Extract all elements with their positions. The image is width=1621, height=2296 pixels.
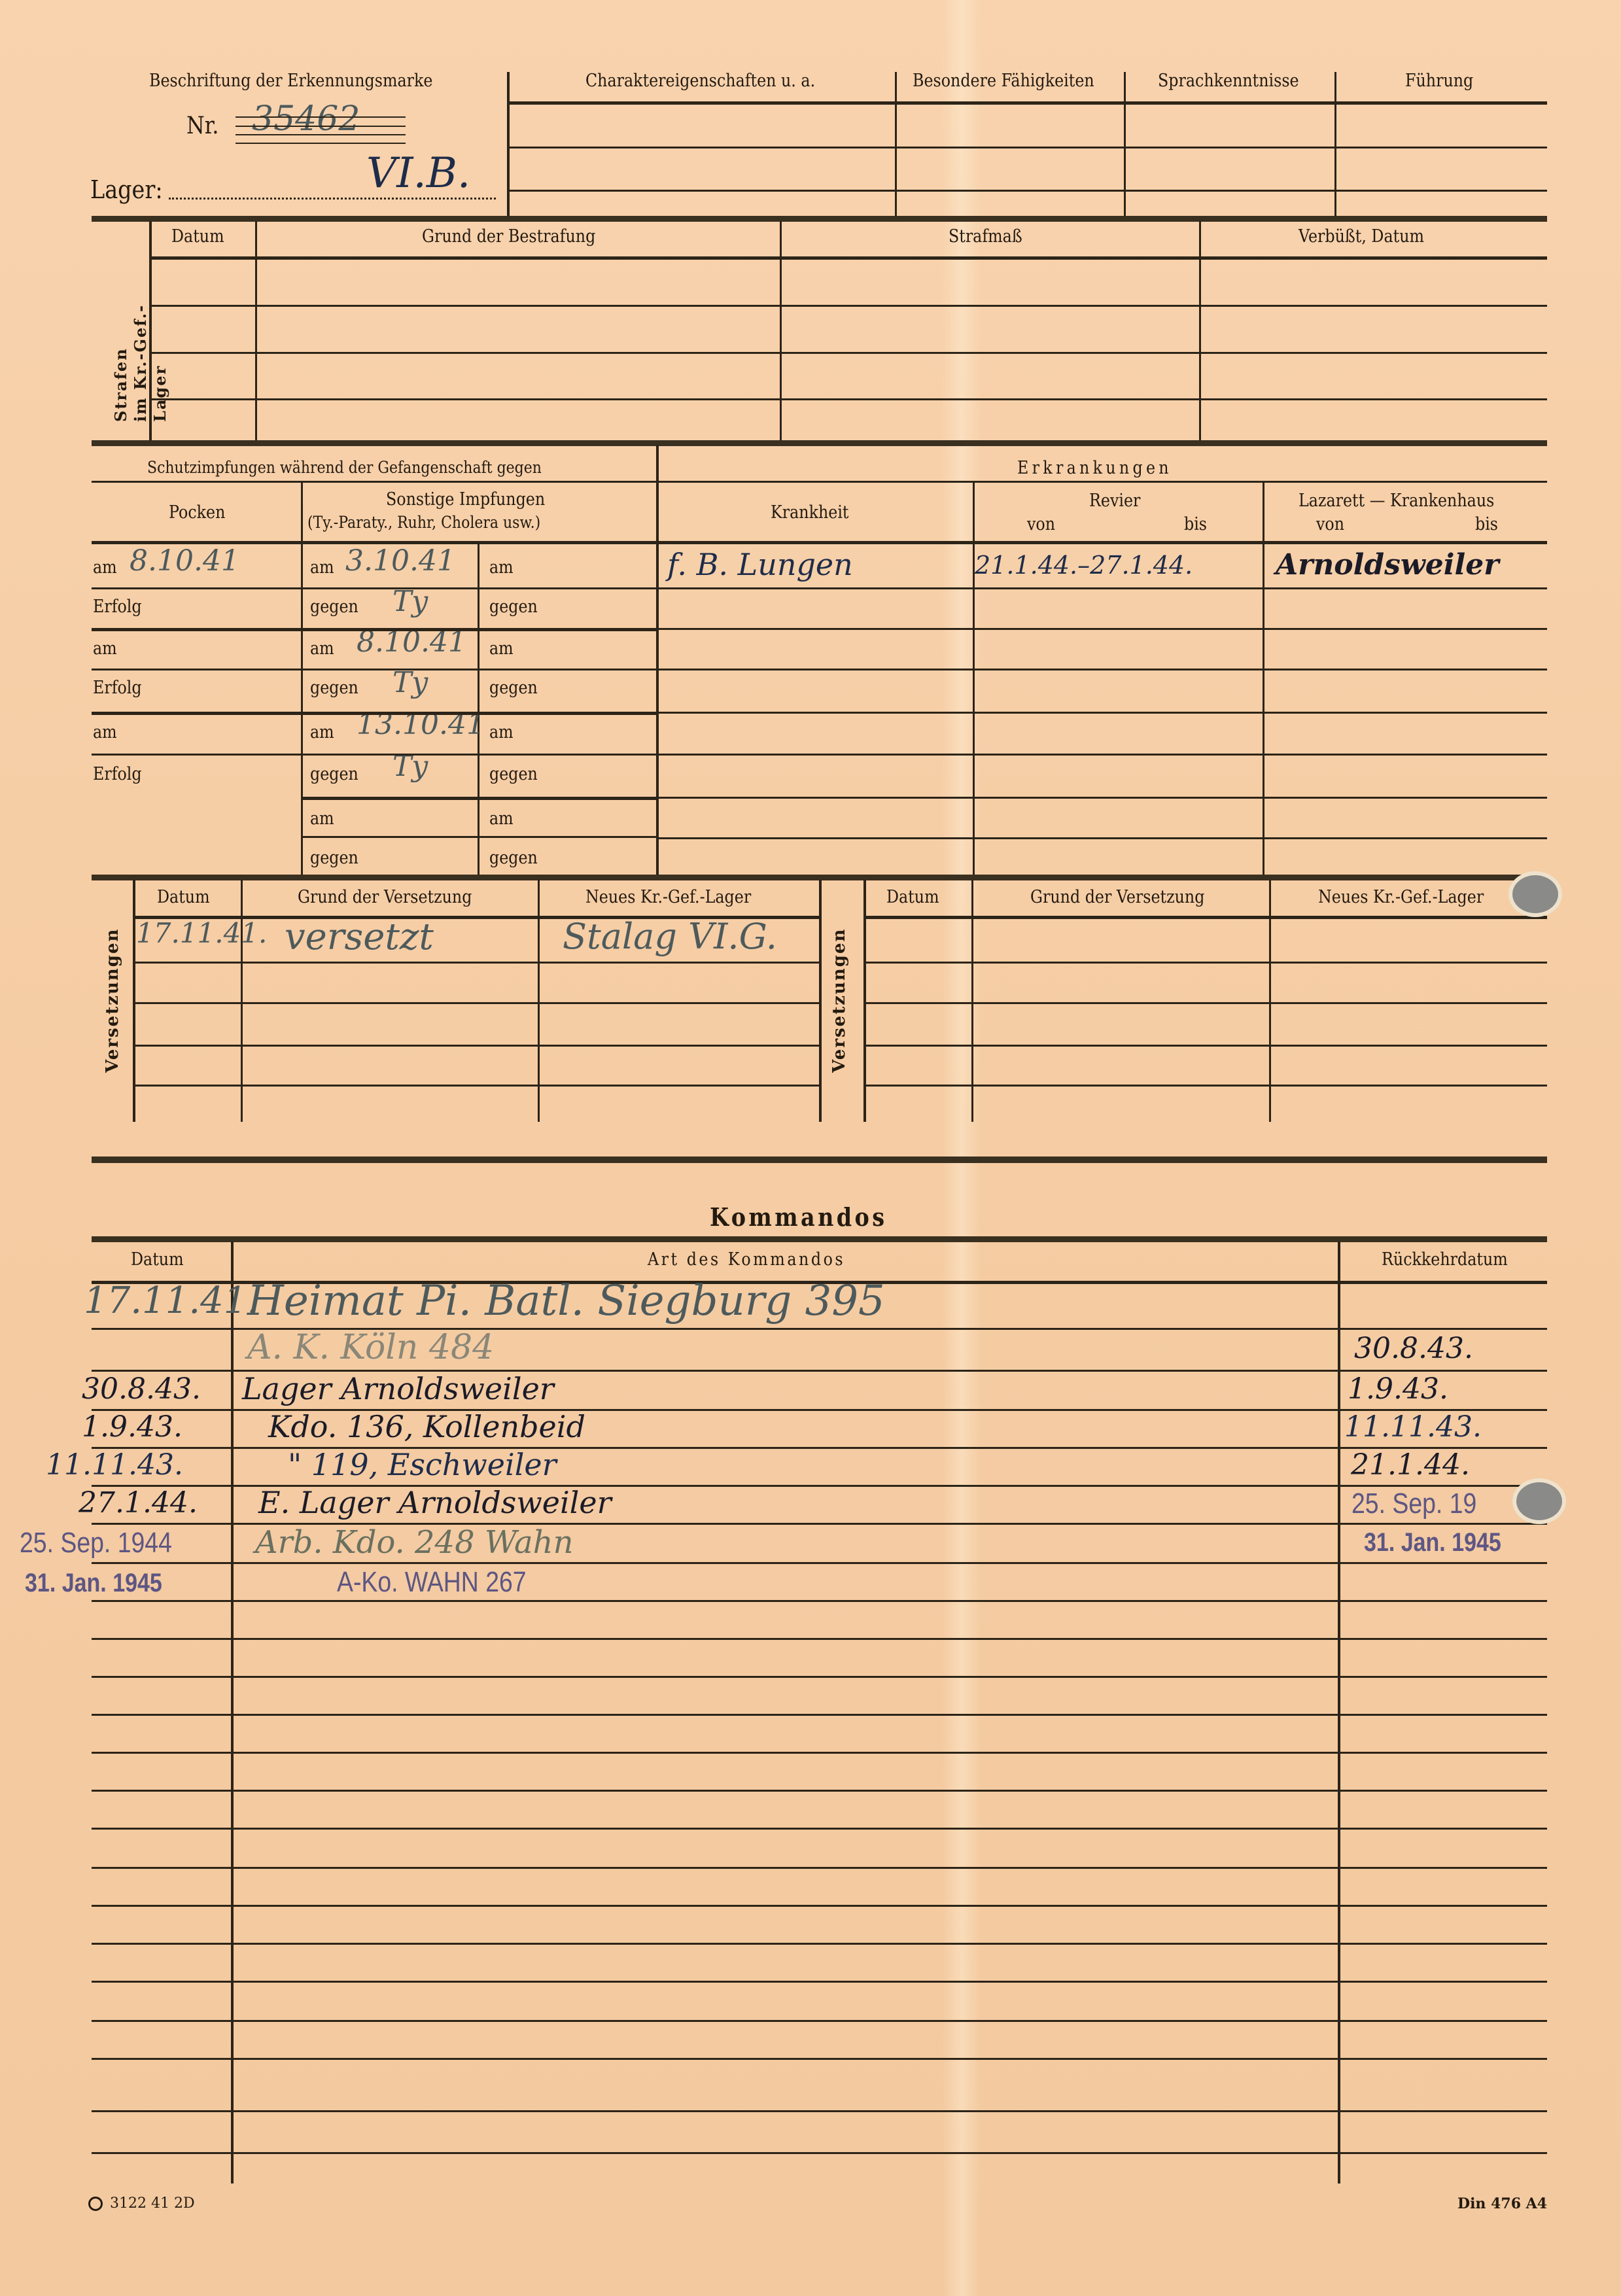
row-line [865,1045,1547,1047]
divider [780,221,782,444]
kommando-art[interactable]: Heimat Pi. Batl. Siegburg 395 [247,1277,885,1325]
section-rule [92,216,1547,222]
pocken-header: Pocken [169,502,225,523]
row-line [135,1085,819,1087]
din-format: Din 476 A4 [1457,2195,1547,2212]
kommando-datum[interactable]: 11.11.43. [46,1448,183,1482]
divider [819,880,822,1122]
row-line [509,190,1547,192]
nr-label: Nr. [186,113,218,139]
pocken-am-label: am [93,722,117,742]
lager-value[interactable]: VI.B. [366,149,470,198]
row-line [658,797,1547,799]
lager-label: Lager: [90,175,163,204]
pocken-am-label: am [93,557,117,578]
divider [1124,72,1126,217]
nr-value[interactable]: 35462 [252,99,360,139]
row-line [303,712,656,715]
row-line [150,305,1547,307]
row-line [150,352,1547,354]
kommando-datum-stamp[interactable]: 31. Jan. 1945 [25,1569,162,1598]
sonstige2-gegen-label: gegen [489,764,538,784]
sonstige2-am-label: am [489,722,514,742]
col-neues-lager: Neues Kr.-Gef.-Lager [1318,887,1484,907]
row-line [303,587,656,589]
strafen-side-label-line1: Strafen [111,347,130,422]
kommando-art[interactable]: " 119, Eschweiler [288,1447,557,1482]
row-line [658,628,1547,630]
pocken-am-label: am [93,638,117,659]
row-line [92,754,301,756]
divider [255,221,257,444]
kommando-rueckkehr[interactable]: 30.8.43. [1354,1332,1473,1365]
lager-dotted-line [169,198,496,200]
col-lazarett: Lazarett — Krankenhaus [1299,491,1494,511]
sonstige-gegen-label: gegen [310,597,358,617]
col-grund-versetzung: Grund der Versetzung [298,887,472,907]
col-grund-bestrafung: Grund der Bestrafung [422,226,595,247]
kommandos-title: Kommandos [710,1202,887,1232]
sonstige-am-label: am [310,557,334,578]
lazarett-von: von [1316,514,1344,534]
kommando-rueckkehr-stamp[interactable]: 31. Jan. 1945 [1364,1528,1501,1557]
divider [1199,221,1201,444]
versetzungen-right-side-label: Versetzungen [829,942,849,1073]
kommando-art-stamp[interactable]: A-Ko. WAHN 267 [337,1566,527,1599]
pocken-erfolg-label: Erfolg [93,597,142,617]
sonstige2-am-label: am [489,809,514,829]
row-line [658,669,1547,670]
header-rule [865,916,1547,919]
pocken-erfolg-label: Erfolg [93,678,142,698]
row-line [92,669,301,670]
row-line [92,2058,1547,2060]
row-line [303,754,656,756]
kommando-rueckkehr[interactable]: 1.9.43. [1348,1372,1448,1406]
row-line [150,398,1547,400]
col-datum: Datum [171,226,224,247]
row-line [92,481,656,483]
row-line [92,1943,1547,1945]
row-line [135,1002,819,1004]
col-datum: Datum [157,887,210,907]
row-line [92,1828,1547,1830]
section-rule [92,440,1547,446]
erkrankungen-title: Erkrankungen [1017,458,1172,478]
col-grund-versetzung: Grund der Versetzung [1030,887,1204,907]
col-verbuesst-datum: Verbüßt, Datum [1299,226,1424,247]
col-krankheit: Krankheit [771,502,848,523]
kommando-rueckkehr[interactable]: 21.1.44. [1351,1448,1470,1482]
row-line [303,628,656,631]
kommando-datum[interactable]: 30.8.43. [82,1372,201,1406]
col-rueckkehrdatum: Rückkehrdatum [1382,1249,1508,1270]
row-line [92,2020,1547,2022]
col-datum: Datum [131,1249,184,1270]
row-line [92,1676,1547,1678]
versetzung-datum-value[interactable]: 17.11.41. [136,917,267,949]
col-neues-lager: Neues Kr.-Gef.-Lager [585,887,751,907]
strafen-side-label: Strafen im Kr.-Gef.-Lager [111,252,170,422]
col-datum: Datum [886,887,939,907]
erkennungsmarke-label: Beschriftung der Erkennungsmarke [149,71,432,91]
nr-strike-line [235,116,406,118]
row-line [658,481,1547,483]
row-line [92,2110,1547,2112]
punch-hole [1512,875,1558,913]
kommando-art[interactable]: E. Lager Arnoldsweiler [258,1485,612,1520]
nr-strike-line [235,126,406,127]
row-line [509,147,1547,148]
row-line [92,1638,1547,1640]
kommando-art[interactable]: Arb. Kdo. 248 Wahn [255,1524,574,1561]
sonstige-gegen-value[interactable]: Ty [392,585,428,618]
print-code: 3122 41 2D [110,2195,195,2212]
row-line [658,754,1547,756]
row-line [135,962,819,964]
row-line [92,1981,1547,1983]
lazarett-bis: bis [1475,514,1498,534]
kommando-rueckkehr-stamp[interactable]: 25. Sep. 19 [1351,1487,1476,1520]
row-line [658,837,1547,839]
sonstige-gegen-label: gegen [310,678,358,698]
kommando-art[interactable]: Kdo. 136, Kollenbeid [268,1409,585,1444]
sonstige2-gegen-label: gegen [489,848,538,868]
col-revier: Revier [1089,491,1140,511]
divider [1334,72,1336,217]
row-line [92,1790,1547,1792]
row-line [865,962,1547,964]
row-line [135,1045,819,1047]
kommando-datum[interactable]: 17.11.41. [84,1279,258,1322]
header-rule [658,541,1547,544]
divider [1338,1242,1340,2183]
row-line [658,587,1547,589]
versetzung-grund-value[interactable]: versetzt [285,916,434,958]
printer-mark-icon [88,2197,103,2211]
row-line [865,1085,1547,1087]
col-sprachkenntnisse: Sprachkenntnisse [1158,71,1299,91]
row-line [92,1905,1547,1907]
lazarett-value[interactable]: Arnoldsweiler [1276,548,1499,582]
nr-strike-line [235,143,406,144]
divider [507,72,510,217]
kommando-datum[interactable]: 27.1.44. [78,1486,198,1520]
paper-fold-highlight [942,0,981,2296]
sonstige2-am-label: am [489,638,514,659]
row-line [92,628,301,631]
row-line [658,712,1547,714]
row-line [92,587,301,589]
sonstige-am-label: am [310,638,334,659]
kommando-rueckkehr[interactable]: 11.11.43. [1344,1410,1482,1444]
col-art-kommandos: Art des Kommandos [648,1249,845,1270]
punch-hole [1516,1482,1562,1520]
kommando-datum[interactable]: 1.9.43. [82,1410,183,1444]
kommando-art[interactable]: Lager Arnoldsweiler [242,1371,554,1406]
row-line [303,836,656,838]
revier-value[interactable]: 21.1.44.–27.1.44. [975,551,1193,580]
sonstige2-gegen-label: gegen [489,597,538,617]
sonstige-gegen-label: gegen [310,848,358,868]
pocken-am-value[interactable]: 8.10.41 [130,544,239,578]
divider [895,72,897,217]
versetzung-lager-value[interactable]: Stalag VI.G. [563,916,777,957]
col-besondere-faehigkeiten: Besondere Fähigkeiten [913,71,1094,91]
row-line [92,1867,1547,1869]
versetzungen-left-side-label: Versetzungen [103,942,122,1073]
col-strafmass: Strafmaß [949,226,1022,247]
impfungen-title: Schutzimpfungen während der Gefangenscha… [147,458,542,477]
section-rule [92,1236,1547,1242]
row-line [92,1752,1547,1754]
divider [149,221,152,444]
row-line [92,2152,1547,2154]
row-line [92,1600,1547,1602]
col-charaktereigenschaften: Charaktereigenschaften u. a. [585,71,815,91]
header-rule [150,256,1547,260]
sonstige-header-1: Sonstige Impfungen [386,489,545,510]
sonstige-gegen-label: gegen [310,764,358,784]
pocken-erfolg-label: Erfolg [93,764,142,784]
sonstige-am-label: am [310,722,334,742]
fold-rule [92,1157,1547,1163]
revier-von: von [1027,514,1055,534]
row-line [303,797,656,800]
header-rule [509,101,1547,105]
divider [656,445,659,877]
kommando-art[interactable]: A. K. Köln 484 [247,1328,494,1367]
row-line [92,712,301,715]
sonstige2-gegen-label: gegen [489,678,538,698]
revier-bis: bis [1184,514,1207,534]
row-line [92,1714,1547,1716]
divider [231,1242,234,2183]
sonstige-am-label: am [310,809,334,829]
row-line [865,1002,1547,1004]
nr-strike-line [235,134,406,135]
col-fuehrung: Führung [1405,71,1473,91]
sonstige-header-2: (Ty.-Paraty., Ruhr, Cholera usw.) [307,513,540,532]
sonstige-am-value[interactable]: 3.10.41 [345,544,455,578]
row-line [92,1562,1547,1564]
kommando-datum-stamp[interactable]: 25. Sep. 1944 [20,1527,172,1559]
sonstige-gegen-value[interactable]: Ty [392,666,428,699]
row-line [303,669,656,670]
krankheit-value[interactable]: f. B. Lungen [667,547,853,582]
sonstige2-am-label: am [489,557,514,578]
